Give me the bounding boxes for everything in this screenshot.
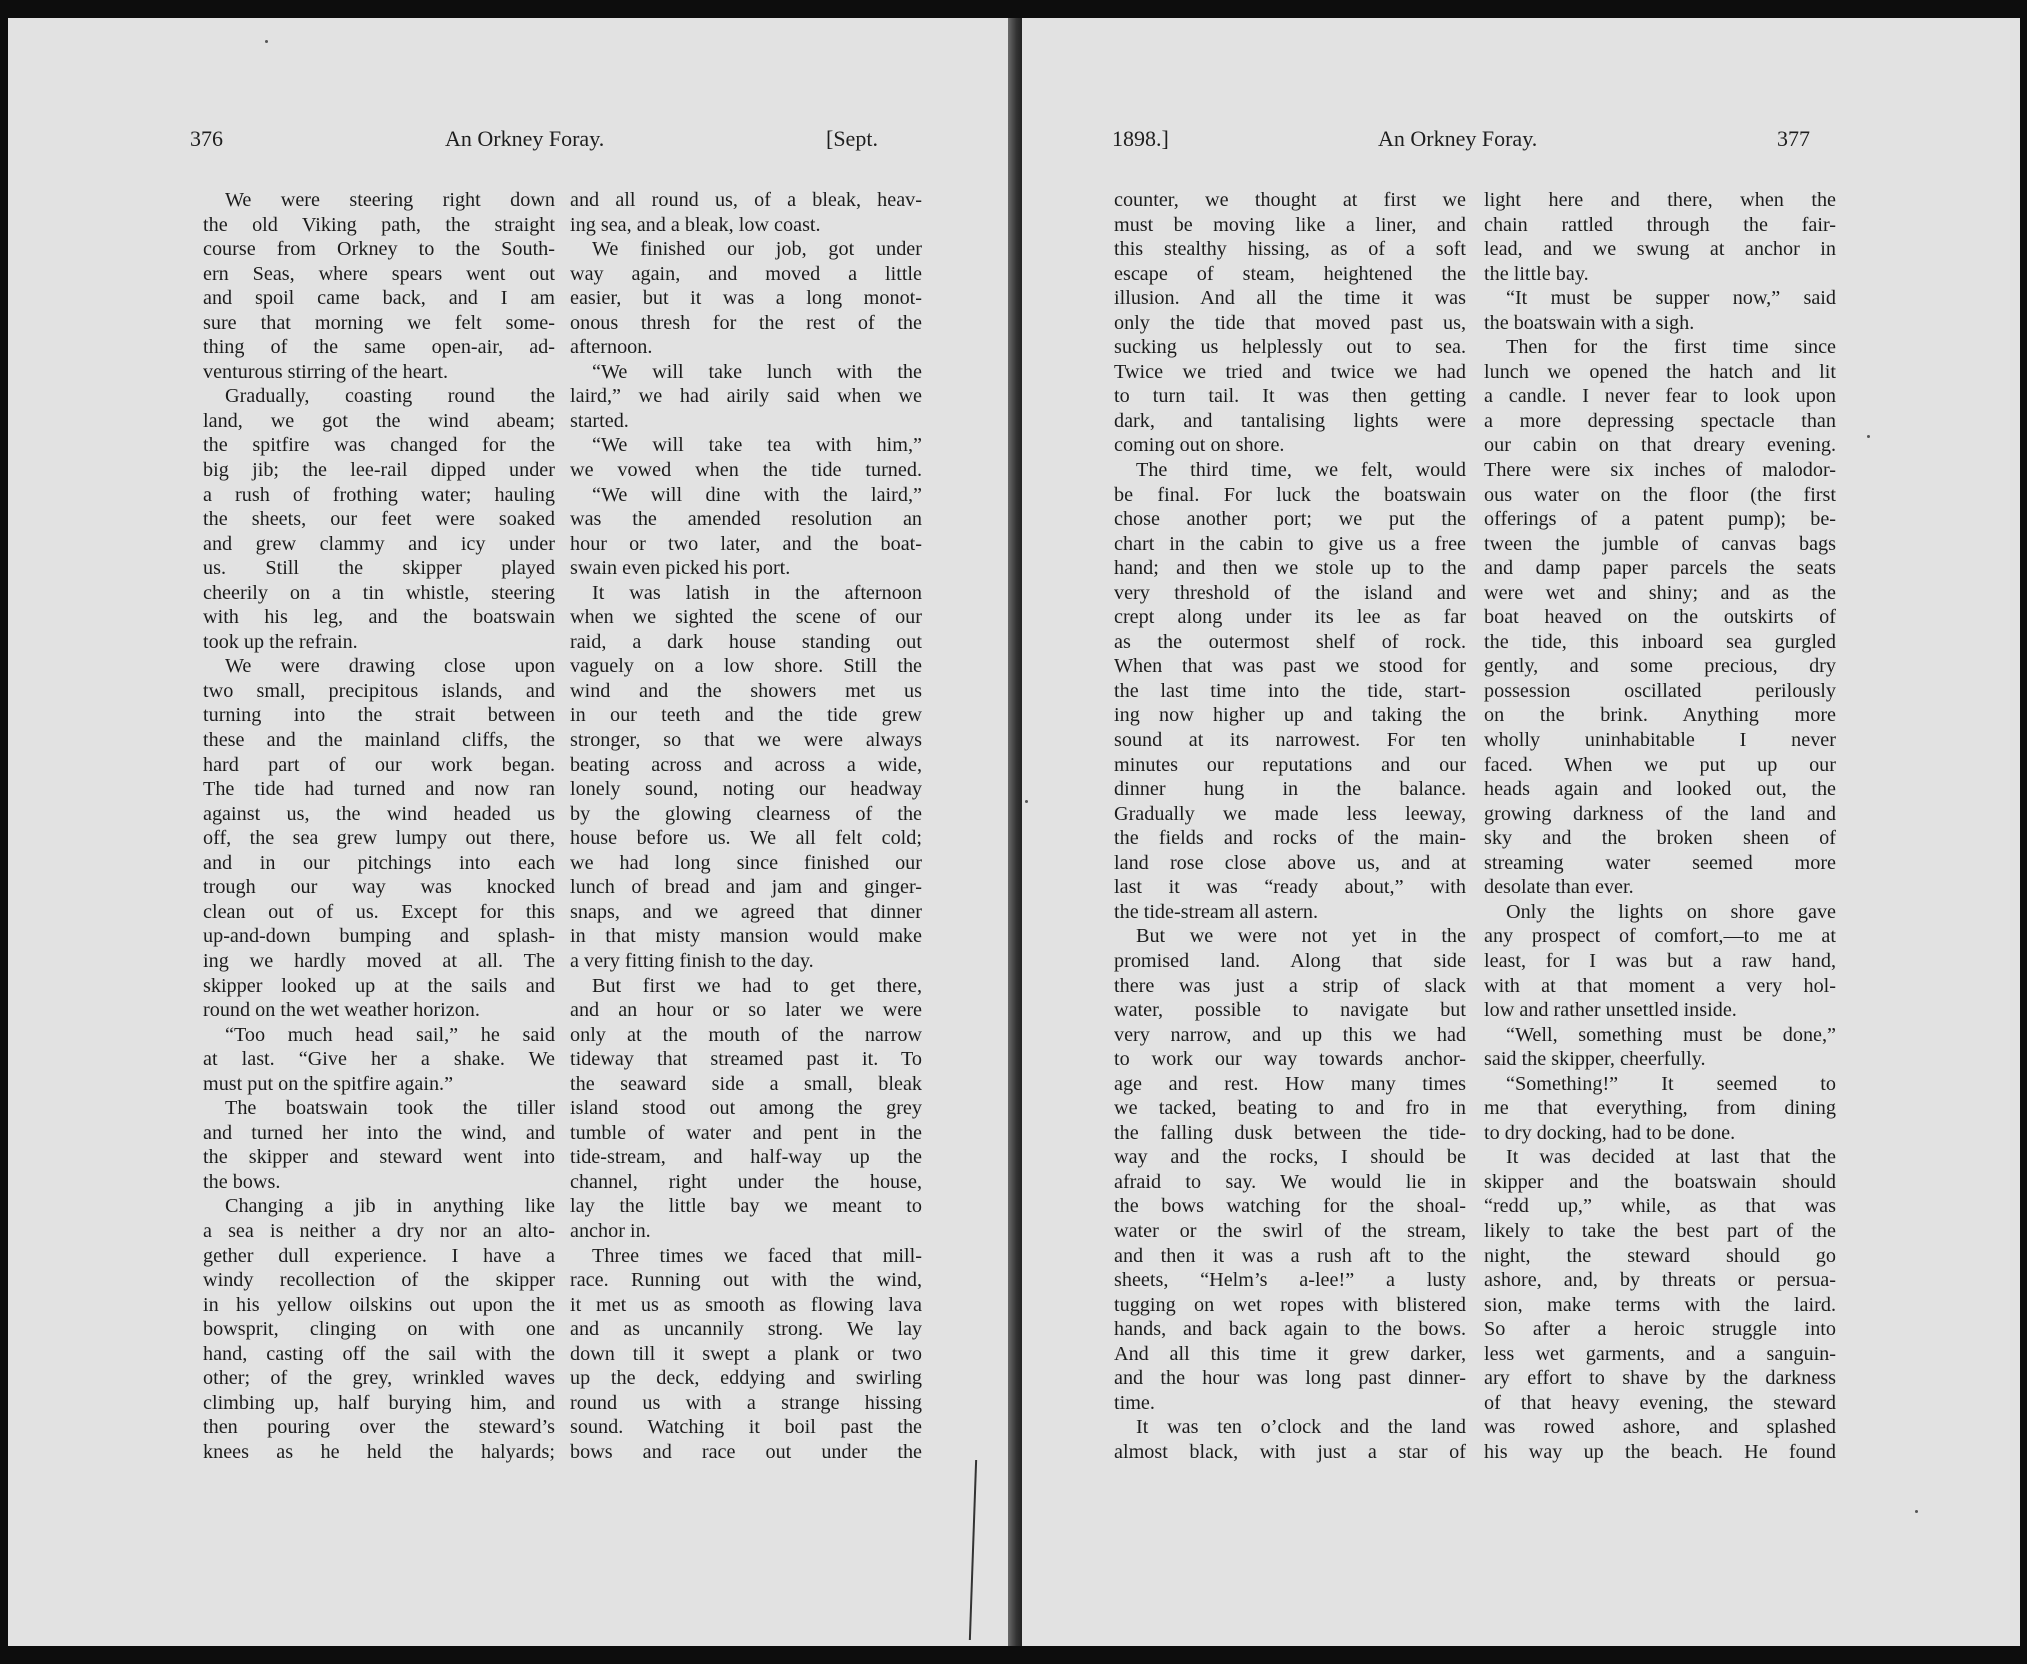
text-line: hard part of our work began.: [203, 753, 555, 778]
text-line: coming out on shore.: [1114, 433, 1466, 458]
text-line: by the glowing clearness of the: [570, 802, 922, 827]
text-line: and spoil came back, and I am: [203, 286, 555, 311]
text-line: and then it was a rush aft to the: [1114, 1244, 1466, 1269]
text-line: The boatswain took the tiller: [203, 1096, 555, 1121]
text-line: a rush of frothing water; hauling: [203, 483, 555, 508]
text-line: raid, a dark house standing out: [570, 630, 922, 655]
text-line: when we sighted the scene of our: [570, 605, 922, 630]
text-line: lunch we opened the hatch and lit: [1484, 360, 1836, 385]
text-line: round on the wet weather horizon.: [203, 998, 555, 1023]
text-line: tideway that streamed past it. To: [570, 1047, 922, 1072]
text-line: We were steering right down: [203, 188, 555, 213]
text-line: streaming water seemed more: [1484, 851, 1836, 876]
text-line: round us with a strange hissing: [570, 1391, 922, 1416]
text-line: very narrow, and up this we had: [1114, 1023, 1466, 1048]
text-line: It was decided at last that the: [1484, 1145, 1836, 1170]
text-line: boat heaved on the outskirts of: [1484, 605, 1836, 630]
text-line: desolate than ever.: [1484, 875, 1836, 900]
text-line: Three times we faced that mill-: [570, 1244, 922, 1269]
speck: [1867, 435, 1870, 438]
text-line: gether dull experience. I have a: [203, 1244, 555, 1269]
text-line: land rose close above us, and at: [1114, 851, 1466, 876]
text-line: “We will dine with the laird,”: [570, 483, 922, 508]
text-line: started.: [570, 409, 922, 434]
text-line: at last. “Give her a shake. We: [203, 1047, 555, 1072]
text-line: onous thresh for the rest of the: [570, 311, 922, 336]
right-page-column-1: counter, we thought at first wemust be m…: [1114, 188, 1466, 1464]
text-line: only at the mouth of the narrow: [570, 1023, 922, 1048]
text-line: dinner hung in the balance.: [1114, 777, 1466, 802]
text-line: as the outermost shelf of rock.: [1114, 630, 1466, 655]
text-line: “We will take lunch with the: [570, 360, 922, 385]
text-line: promised land. Along that side: [1114, 949, 1466, 974]
text-line: must put on the spitfire again.”: [203, 1072, 555, 1097]
text-line: on the brink. Anything more: [1484, 703, 1836, 728]
text-line: ing sea, and a bleak, low coast.: [570, 213, 922, 238]
text-line: tween the jumble of canvas bags: [1484, 532, 1836, 557]
text-line: ous water on the floor (the first: [1484, 483, 1836, 508]
text-line: there was just a strip of slack: [1114, 974, 1466, 999]
text-line: Gradually we made less leeway,: [1114, 802, 1466, 827]
text-line: hands, and back again to the bows.: [1114, 1317, 1466, 1342]
text-line: a candle. I never fear to look upon: [1484, 384, 1836, 409]
text-line: our cabin on that dreary evening.: [1484, 433, 1836, 458]
text-line: easier, but it was a long monot-: [570, 286, 922, 311]
text-line: clean out of us. Except for this: [203, 900, 555, 925]
text-line: the last time into the tide, start-: [1114, 679, 1466, 704]
text-line: and turned her into the wind, and: [203, 1121, 555, 1146]
text-line: be final. For luck the boatswain: [1114, 483, 1466, 508]
text-line: was rowed ashore, and splashed: [1484, 1415, 1836, 1440]
text-line: up-and-down bumping and splash-: [203, 924, 555, 949]
text-line: growing darkness of the land and: [1484, 802, 1836, 827]
text-line: land, we got the wind abeam;: [203, 409, 555, 434]
text-line: two small, precipitous islands, and: [203, 679, 555, 704]
text-line: dark, and tantalising lights were: [1114, 409, 1466, 434]
text-line: chart in the cabin to give us a free: [1114, 532, 1466, 557]
text-line: tumble of water and pent in the: [570, 1121, 922, 1146]
text-line: ing we hardly moved at all. The: [203, 949, 555, 974]
text-line: The third time, we felt, would: [1114, 458, 1466, 483]
text-line: the old Viking path, the straight: [203, 213, 555, 238]
text-line: ashore, and, by threats or persua-: [1484, 1268, 1836, 1293]
text-line: minutes our reputations and our: [1114, 753, 1466, 778]
text-line: and the hour was long past dinner-: [1114, 1366, 1466, 1391]
text-line: the fields and rocks of the main-: [1114, 826, 1466, 851]
text-line: ary effort to shave by the darkness: [1484, 1366, 1836, 1391]
text-line: and as uncannily strong. We lay: [570, 1317, 922, 1342]
text-line: way again, and moved a little: [570, 262, 922, 287]
text-line: hand; and then we stole up to the: [1114, 556, 1466, 581]
text-line: low and rather unsettled inside.: [1484, 998, 1836, 1023]
text-line: laird,” we had airily said when we: [570, 384, 922, 409]
text-line: the spitfire was changed for the: [203, 433, 555, 458]
text-line: “redd up,” while, as that was: [1484, 1194, 1836, 1219]
text-line: ern Seas, where spears went out: [203, 262, 555, 287]
text-line: were wet and shiny; and as the: [1484, 581, 1836, 606]
text-line: climbing up, half burying him, and: [203, 1391, 555, 1416]
text-line: cheerily on a tin whistle, steering: [203, 581, 555, 606]
date-mark-right: 1898.]: [1112, 126, 1169, 152]
text-line: windy recollection of the skipper: [203, 1268, 555, 1293]
text-line: escape of steam, heightened the: [1114, 262, 1466, 287]
text-line: So after a heroic struggle into: [1484, 1317, 1836, 1342]
text-line: “We will take tea with him,”: [570, 433, 922, 458]
text-line: heads again and looked out, the: [1484, 777, 1836, 802]
text-line: a very fitting finish to the day.: [570, 949, 922, 974]
text-line: only the tide that moved past us,: [1114, 311, 1466, 336]
text-line: a sea is neither a dry nor an alto-: [203, 1219, 555, 1244]
text-line: sion, make terms with the laird.: [1484, 1293, 1836, 1318]
text-line: we had long since finished our: [570, 851, 922, 876]
text-line: Gradually, coasting round the: [203, 384, 555, 409]
text-line: knees as he held the halyards;: [203, 1440, 555, 1465]
text-line: against us, the wind headed us: [203, 802, 555, 827]
text-line: sound at its narrowest. For ten: [1114, 728, 1466, 753]
text-line: chain rattled through the fair-: [1484, 213, 1836, 238]
text-line: in our teeth and the tide grew: [570, 703, 922, 728]
book-gutter: [1008, 18, 1022, 1646]
text-line: almost black, with just a star of: [1114, 1440, 1466, 1465]
text-line: to turn tail. It was then getting: [1114, 384, 1466, 409]
text-line: up the deck, eddying and swirling: [570, 1366, 922, 1391]
text-line: beating across and across a wide,: [570, 753, 922, 778]
text-line: the tide, this inboard sea gurgled: [1484, 630, 1836, 655]
text-line: And all this time it grew darker,: [1114, 1342, 1466, 1367]
text-line: the skipper and steward went into: [203, 1145, 555, 1170]
text-line: with his leg, and the boatswain: [203, 605, 555, 630]
text-line: the tide-stream all astern.: [1114, 900, 1466, 925]
text-line: water, possible to navigate but: [1114, 998, 1466, 1023]
text-line: turning into the strait between: [203, 703, 555, 728]
text-line: sound. Watching it boil past the: [570, 1415, 922, 1440]
text-line: race. Running out with the wind,: [570, 1268, 922, 1293]
text-line: took up the refrain.: [203, 630, 555, 655]
running-title-right: An Orkney Foray.: [1378, 126, 1537, 152]
text-line: down till it swept a plank or two: [570, 1342, 922, 1367]
text-line: the little bay.: [1484, 262, 1836, 287]
text-line: to work our way towards anchor-: [1114, 1047, 1466, 1072]
text-line: lunch of bread and jam and ginger-: [570, 875, 922, 900]
right-page: 1898.] An Orkney Foray. 377 counter, we …: [1022, 18, 2020, 1646]
page-number-left: 376: [190, 126, 223, 152]
text-line: afraid to say. We would lie in: [1114, 1170, 1466, 1195]
text-line: water or the swirl of the stream,: [1114, 1219, 1466, 1244]
text-line: wholly uninhabitable I never: [1484, 728, 1836, 753]
text-line: these and the mainland cliffs, the: [203, 728, 555, 753]
speck: [1915, 1510, 1918, 1513]
text-line: hand, casting off the sail with the: [203, 1342, 555, 1367]
text-line: and grew clammy and icy under: [203, 532, 555, 557]
text-line: way and the rocks, I should be: [1114, 1145, 1466, 1170]
text-line: sky and the broken sheen of: [1484, 826, 1836, 851]
text-line: lead, and we swung at anchor in: [1484, 237, 1836, 262]
text-line: in that misty mansion would make: [570, 924, 922, 949]
text-line: the bows watching for the shoal-: [1114, 1194, 1466, 1219]
right-page-column-2: light here and there, when thechain ratt…: [1484, 188, 1836, 1464]
text-line: But we were not yet in the: [1114, 924, 1466, 949]
text-line: stronger, so that we were always: [570, 728, 922, 753]
text-line: then pouring over the steward’s: [203, 1415, 555, 1440]
text-line: was the amended resolution an: [570, 507, 922, 532]
text-line: and in our pitchings into each: [203, 851, 555, 876]
text-line: other; of the grey, wrinkled waves: [203, 1366, 555, 1391]
text-line: to dry docking, had to be done.: [1484, 1121, 1836, 1146]
text-line: the bows.: [203, 1170, 555, 1195]
text-line: “Something!” It seemed to: [1484, 1072, 1836, 1097]
text-line: skipper and the boatswain should: [1484, 1170, 1836, 1195]
text-line: possession oscillated perilously: [1484, 679, 1836, 704]
text-line: last it was “ready about,” with: [1114, 875, 1466, 900]
text-line: least, for I was but a raw hand,: [1484, 949, 1836, 974]
text-line: bowsprit, clinging on with one: [203, 1317, 555, 1342]
text-line: sucking us helplessly out to sea.: [1114, 335, 1466, 360]
text-line: course from Orkney to the South-: [203, 237, 555, 262]
text-line: It was ten o’clock and the land: [1114, 1415, 1466, 1440]
text-line: the falling dusk between the tide-: [1114, 1121, 1466, 1146]
text-line: snaps, and we agreed that dinner: [570, 900, 922, 925]
text-line: crept along under its lee as far: [1114, 605, 1466, 630]
text-line: we vowed when the tide turned.: [570, 458, 922, 483]
text-line: bows and race out under the: [570, 1440, 922, 1465]
text-line: sheets, “Helm’s a-lee!” a lusty: [1114, 1268, 1466, 1293]
text-line: Changing a jib in anything like: [203, 1194, 555, 1219]
text-line: any prospect of comfort,—to me at: [1484, 924, 1836, 949]
text-line: tugging on wet ropes with blistered: [1114, 1293, 1466, 1318]
text-line: Then for the first time since: [1484, 335, 1836, 360]
text-line: must be moving like a liner, and: [1114, 213, 1466, 238]
text-line: night, the steward should go: [1484, 1244, 1836, 1269]
text-line: wind and the showers met us: [570, 679, 922, 704]
text-line: this stealthy hissing, as of a soft: [1114, 237, 1466, 262]
text-line: swain even picked his port.: [570, 556, 922, 581]
text-line: We finished our job, got under: [570, 237, 922, 262]
text-line: the seaward side a small, bleak: [570, 1072, 922, 1097]
text-line: off, the sea grew lumpy out there,: [203, 826, 555, 851]
left-page-column-1: We were steering right downthe old Vikin…: [203, 188, 555, 1464]
text-line: chose another port; we put the: [1114, 507, 1466, 532]
text-line: skipper looked up at the sails and: [203, 974, 555, 999]
text-line: the sheets, our feet were soaked: [203, 507, 555, 532]
text-line: There were six inches of malodor-: [1484, 458, 1836, 483]
text-line: ing now higher up and taking the: [1114, 703, 1466, 728]
text-line: it met us as smooth as flowing lava: [570, 1293, 922, 1318]
text-line: less wet garments, and a sanguin-: [1484, 1342, 1836, 1367]
text-line: venturous stirring of the heart.: [203, 360, 555, 385]
text-line: with at that moment a very hol-: [1484, 974, 1836, 999]
left-page: 376 An Orkney Foray. [Sept. We were stee…: [8, 18, 1022, 1646]
text-line: and an hour or so later we were: [570, 998, 922, 1023]
text-line: house before us. We all felt cold;: [570, 826, 922, 851]
text-line: and damp paper parcels the seats: [1484, 556, 1836, 581]
text-line: very threshold of the island and: [1114, 581, 1466, 606]
text-line: offerings of a patent pump); be-: [1484, 507, 1836, 532]
text-line: trough our way was knocked: [203, 875, 555, 900]
left-page-column-2: and all round us, of a bleak, heav-ing s…: [570, 188, 922, 1464]
text-line: the boatswain with a sigh.: [1484, 311, 1836, 336]
text-line: us. Still the skipper played: [203, 556, 555, 581]
text-line: vaguely on a low shore. Still the: [570, 654, 922, 679]
page-number-right: 377: [1777, 126, 1810, 152]
text-line: hour or two later, and the boat-: [570, 532, 922, 557]
text-line: It was latish in the afternoon: [570, 581, 922, 606]
text-line: a more depressing spectacle than: [1484, 409, 1836, 434]
text-line: counter, we thought at first we: [1114, 188, 1466, 213]
text-line: The tide had turned and now ran: [203, 777, 555, 802]
text-line: faced. When we put up our: [1484, 753, 1836, 778]
text-line: and all round us, of a bleak, heav-: [570, 188, 922, 213]
text-line: in his yellow oilskins out upon the: [203, 1293, 555, 1318]
text-line: big jib; the lee-rail dipped under: [203, 458, 555, 483]
text-line: time.: [1114, 1391, 1466, 1416]
text-line: said the skipper, cheerfully.: [1484, 1047, 1836, 1072]
text-line: “Too much head sail,” he said: [203, 1023, 555, 1048]
running-title-left: An Orkney Foray.: [445, 126, 604, 152]
text-line: sure that morning we felt some-: [203, 311, 555, 336]
text-line: me that everything, from dining: [1484, 1096, 1836, 1121]
text-line: light here and there, when the: [1484, 188, 1836, 213]
text-line: “It must be supper now,” said: [1484, 286, 1836, 311]
text-line: tide-stream, and half-way up the: [570, 1145, 922, 1170]
text-line: Only the lights on shore gave: [1484, 900, 1836, 925]
text-line: gently, and some precious, dry: [1484, 654, 1836, 679]
text-line: thing of the same open-air, ad-: [203, 335, 555, 360]
text-line: age and rest. How many times: [1114, 1072, 1466, 1097]
text-line: lonely sound, noting our headway: [570, 777, 922, 802]
text-line: “Well, something must be done,”: [1484, 1023, 1836, 1048]
speck: [265, 40, 268, 43]
date-mark-left: [Sept.: [826, 126, 878, 152]
text-line: island stood out among the grey: [570, 1096, 922, 1121]
speck: [1025, 800, 1028, 803]
text-line: But first we had to get there,: [570, 974, 922, 999]
text-line: Twice we tried and twice we had: [1114, 360, 1466, 385]
text-line: illusion. And all the time it was: [1114, 286, 1466, 311]
text-line: channel, right under the house,: [570, 1170, 922, 1195]
text-line: We were drawing close upon: [203, 654, 555, 679]
text-line: afternoon.: [570, 335, 922, 360]
text-line: anchor in.: [570, 1219, 922, 1244]
text-line: When that was past we stood for: [1114, 654, 1466, 679]
text-line: his way up the beach. He found: [1484, 1440, 1836, 1465]
text-line: lay the little bay we meant to: [570, 1194, 922, 1219]
text-line: likely to take the best part of the: [1484, 1219, 1836, 1244]
text-line: we tacked, beating to and fro in: [1114, 1096, 1466, 1121]
text-line: of that heavy evening, the steward: [1484, 1391, 1836, 1416]
